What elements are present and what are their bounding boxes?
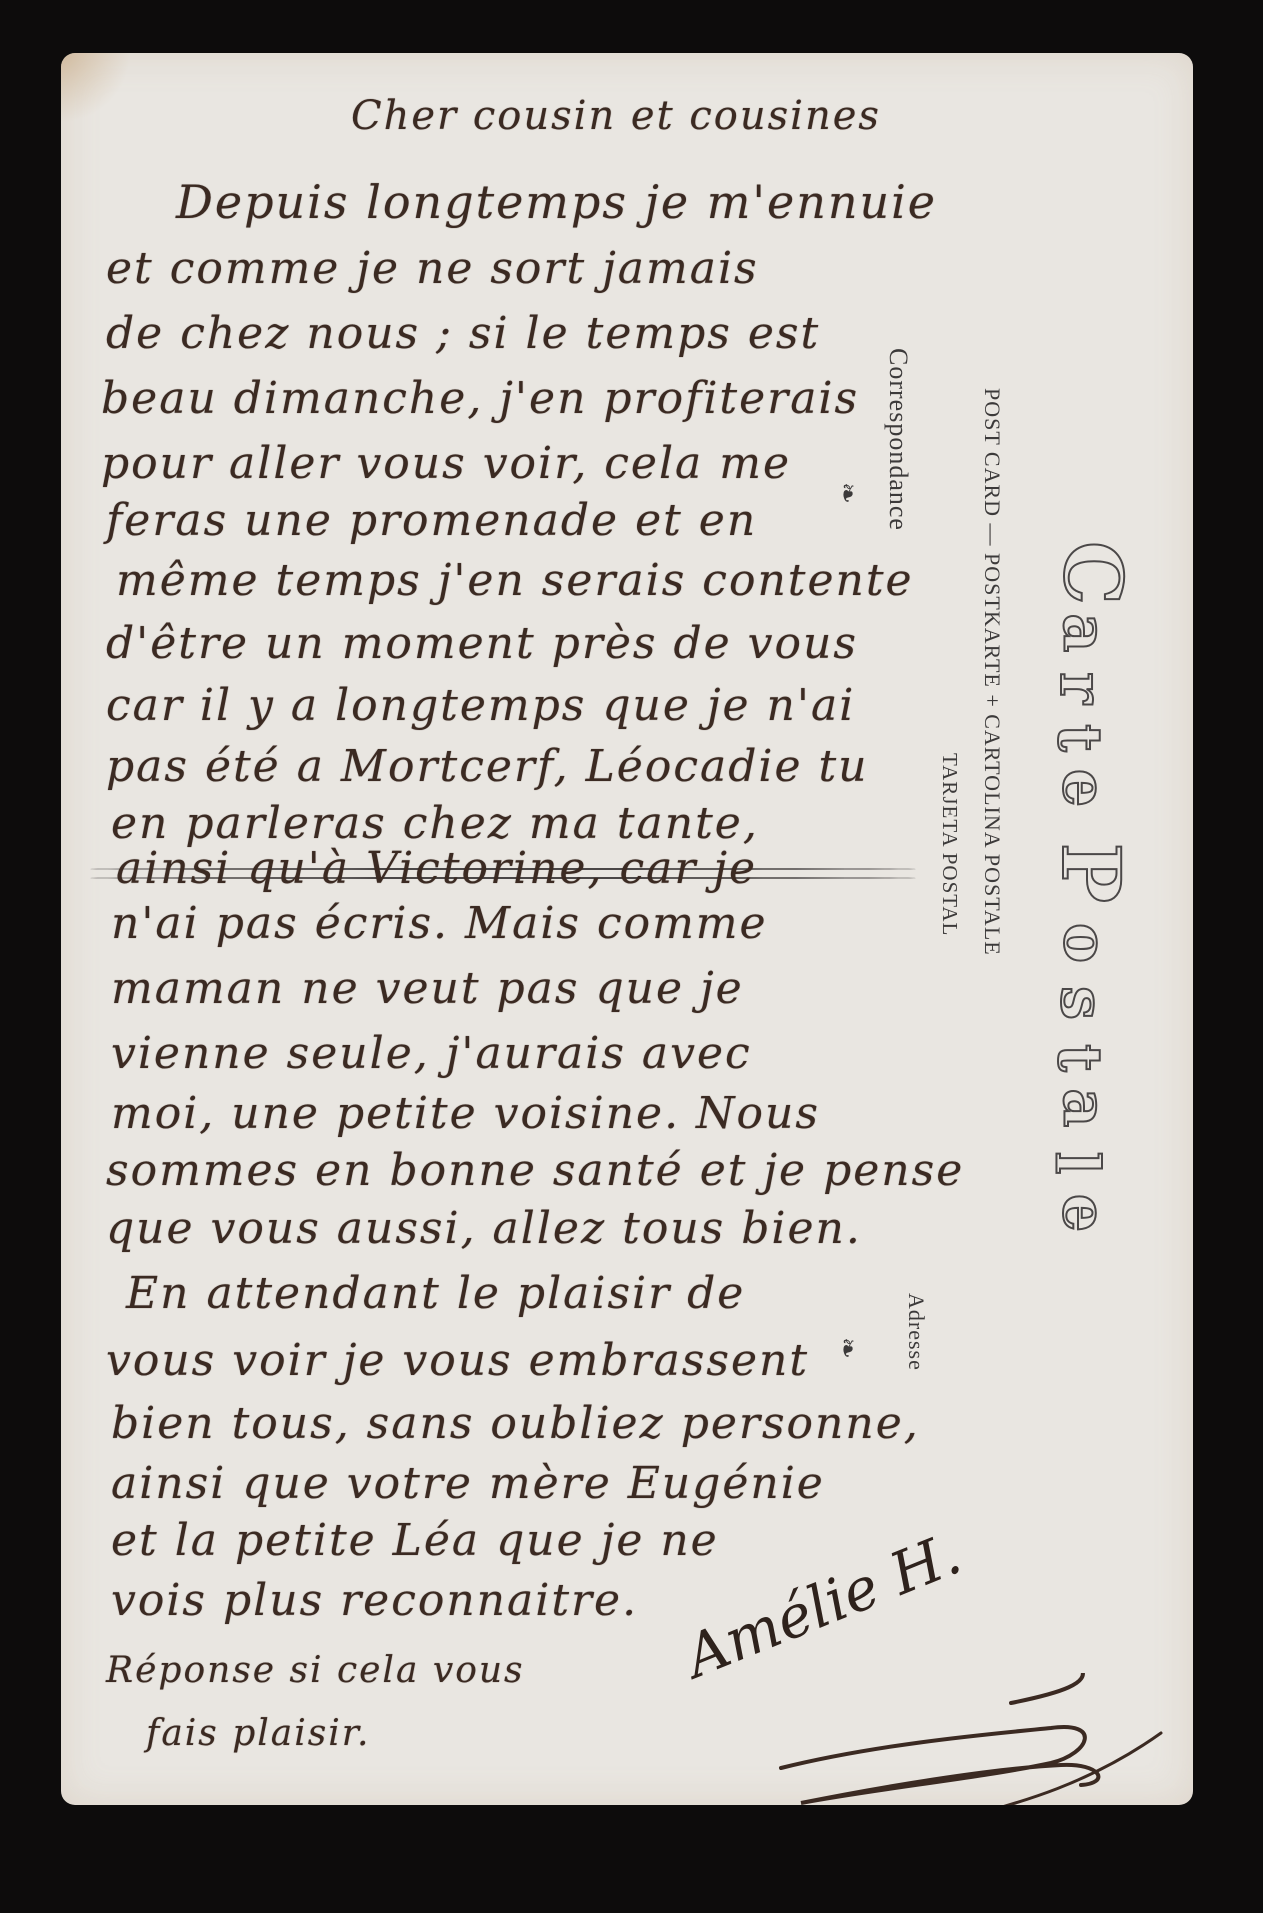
letter-postscript: fais plaisir. (146, 1713, 370, 1754)
letter-line: bien tous, sans oubliez personne, (111, 1398, 920, 1449)
letter-line: d'être un moment près de vous (106, 618, 858, 669)
outline-letter: o (1055, 923, 1115, 963)
letter-line: n'ai pas écris. Mais comme (111, 898, 768, 949)
letter-line: et la petite Léa que je ne (111, 1515, 719, 1566)
signature: Amélie H. (676, 1519, 970, 1691)
letter-line: Depuis longtemps je m'ennuie (176, 175, 937, 229)
letter-line: de chez nous ; si le temps est (106, 308, 820, 359)
letter-line: que vous aussi, allez tous bien. (106, 1203, 862, 1254)
postcard-multilingual-header: POST CARD — POSTKARTE + CARTOLINA POSTAL… (979, 388, 1005, 956)
outline-letter: a (1054, 1089, 1114, 1128)
signature-flourish-icon (761, 1673, 1181, 1805)
outline-letter: C (1053, 541, 1133, 605)
letter-line: sommes en bonne santé et je pense (106, 1145, 964, 1196)
outline-letter: t (1049, 1044, 1109, 1072)
outline-letter: r (1051, 672, 1111, 704)
letter-postscript: Réponse si cela vous (106, 1650, 525, 1691)
letter-line: En attendant le plaisir de (126, 1268, 745, 1319)
outline-letter: P (1051, 843, 1131, 903)
letter-line: et comme je ne sort jamais (106, 243, 759, 294)
carte-postale-outline-lettering: C a r t e P o s t a l e (1051, 533, 1141, 1433)
outline-letter: t (1049, 724, 1109, 752)
letter-line: pour aller vous voir, cela me (101, 438, 791, 489)
tarjeta-postal-label: TARJETA POSTAL (937, 753, 962, 936)
outline-letter: s (1052, 986, 1112, 1020)
letter-line: pas été a Mortcerf, Léocadie tu (106, 741, 869, 792)
letter-line: car il y a longtemps que je n'ai (106, 680, 855, 731)
letter-line: maman ne veut pas que je (111, 963, 744, 1014)
adresse-label: Adresse (903, 1293, 929, 1371)
letter-line: en parleras chez ma tante, (111, 798, 759, 849)
outline-letter: e (1054, 1194, 1114, 1232)
letter-line: beau dimanche, j'en profiterais (101, 373, 859, 424)
letter-line: moi, une petite voisine. Nous (111, 1088, 820, 1139)
letter-line: même temps j'en serais contente (116, 555, 914, 606)
fleuron-ornament-icon: ❧ (832, 482, 862, 504)
outline-letter: e (1054, 769, 1114, 807)
postcard: Correspondance POST CARD — POSTKARTE + C… (61, 53, 1193, 1805)
correspondance-label: Correspondance (883, 348, 913, 531)
outline-letter: l (1046, 1152, 1106, 1175)
letter-line: feras une promenade et en (106, 495, 757, 546)
letter-line: ainsi qu'à Victorine, car je (116, 843, 757, 894)
outline-letter: a (1054, 614, 1114, 653)
fleuron-ornament-icon: ❧ (832, 1337, 862, 1359)
letter-salutation: Cher cousin et cousines (351, 93, 881, 139)
letter-line: vois plus reconnaitre. (111, 1575, 638, 1626)
letter-line: ainsi que votre mère Eugénie (111, 1458, 825, 1509)
letter-line: vienne seule, j'aurais avec (111, 1028, 752, 1079)
letter-line: vous voir je vous embrassent (106, 1335, 809, 1386)
